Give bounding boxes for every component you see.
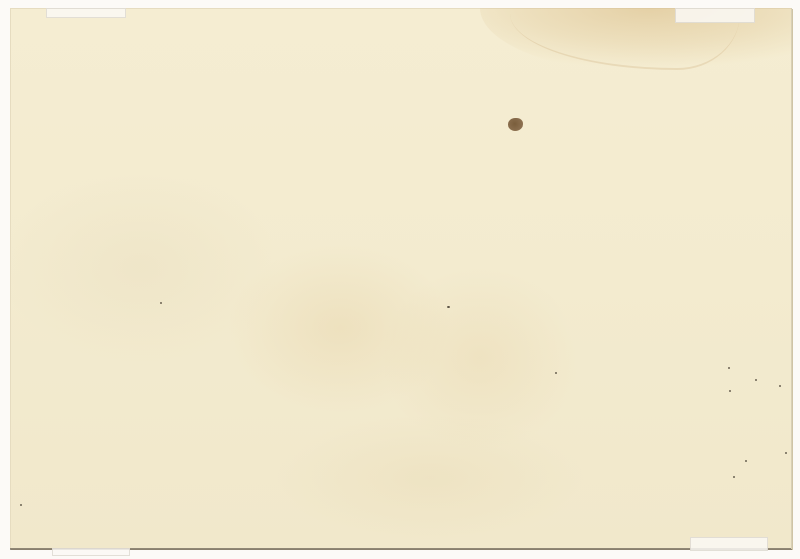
paper-speck (729, 390, 731, 392)
paper-speck (20, 504, 22, 506)
aged-paper-sheet (10, 8, 792, 549)
paper-speck (745, 460, 747, 462)
dark-spot (508, 118, 523, 131)
paper-speck (448, 306, 450, 308)
paper-speck (755, 379, 757, 381)
tape-tab (52, 548, 130, 556)
tape-tab (675, 8, 755, 23)
paper-speck (555, 372, 557, 374)
image-canvas (0, 0, 800, 559)
tape-tab (46, 8, 126, 18)
paper-speck (160, 302, 162, 304)
paper-right-edge (791, 8, 792, 549)
paper-speck (728, 367, 730, 369)
paper-speck (779, 385, 781, 387)
paper-speck (785, 452, 787, 454)
tape-tab (690, 537, 768, 551)
paper-speck (733, 476, 735, 478)
